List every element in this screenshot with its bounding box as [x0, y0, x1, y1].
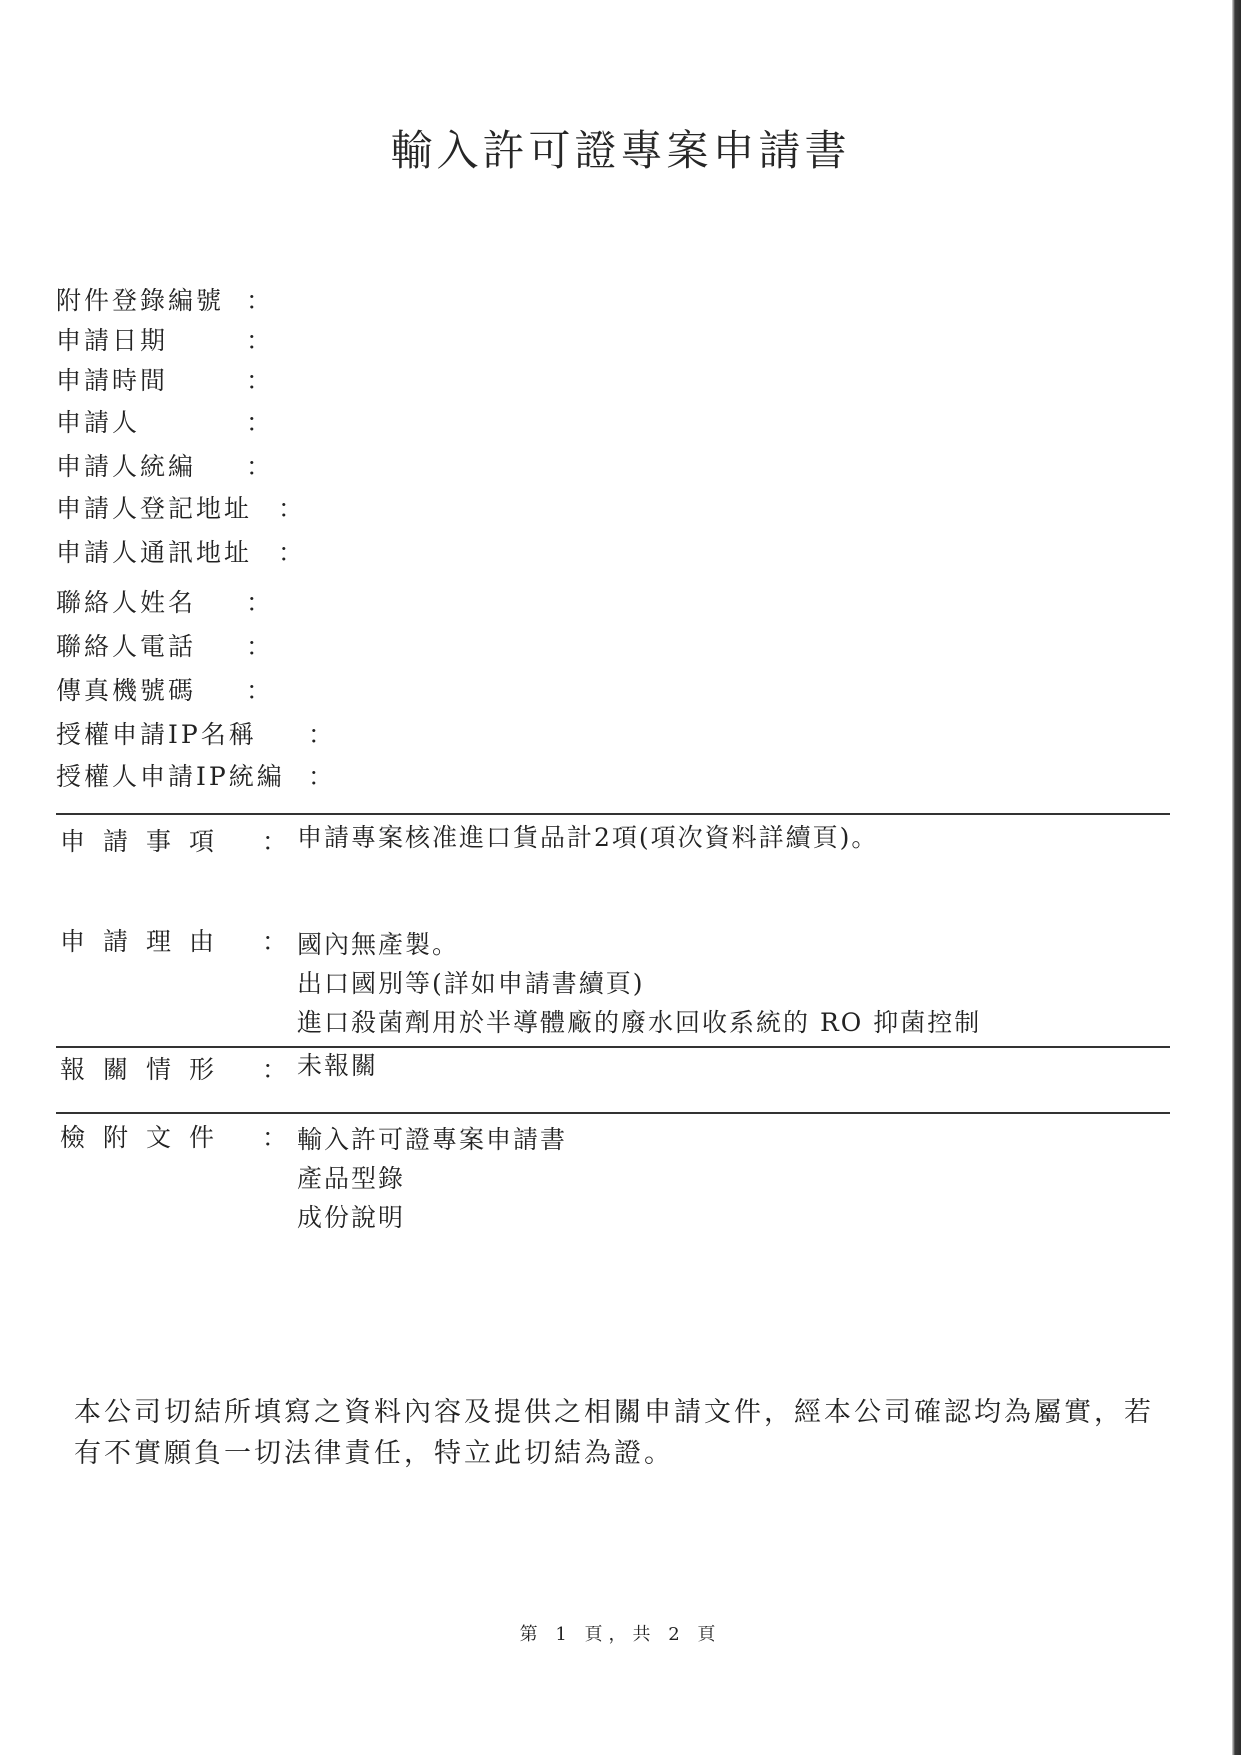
section-content: 申請專案核准進口貨品計2項(項次資料詳續頁)。: [297, 818, 878, 857]
field-mailing-address: 申請人通訊地址 ：: [56, 536, 252, 570]
field-label: 附件登錄編號: [56, 284, 224, 318]
field-application-date: 申請日期 ：: [56, 324, 168, 358]
section-label: 申請理由: [60, 922, 232, 958]
section-label: 報關情形: [60, 1050, 232, 1086]
field-colon: ：: [246, 406, 274, 440]
field-colon: ：: [246, 674, 274, 708]
field-applicant-tax-id: 申請人統編 ：: [56, 450, 196, 484]
field-colon: ：: [246, 284, 274, 318]
content-line: 產品型錄: [297, 1159, 567, 1198]
declaration-text: 本公司切結所填寫之資料內容及提供之相關申請文件，經本公司確認均為屬實，若有不實願…: [74, 1392, 1154, 1474]
section-colon: ：: [262, 1118, 287, 1154]
field-contact-phone: 聯絡人電話 ：: [56, 630, 196, 664]
document-title: 輸入許可證專案申請書: [0, 118, 1241, 178]
field-registered-address: 申請人登記地址 ：: [56, 492, 252, 526]
content-line: 申請專案核准進口貨品計2項(項次資料詳續頁)。: [297, 818, 878, 857]
divider-line: [56, 1112, 1170, 1114]
field-label: 授權人申請IP統編: [56, 760, 285, 794]
field-authorized-ip-tax-id: 授權人申請IP統編 ：: [56, 760, 285, 794]
field-fax-number: 傳真機號碼 ：: [56, 674, 196, 708]
field-label: 申請人通訊地址: [56, 536, 252, 570]
scan-page-edge: [1232, 0, 1241, 1755]
field-label: 申請人登記地址: [56, 492, 252, 526]
section-colon: ：: [262, 822, 287, 858]
field-colon: ：: [278, 492, 306, 526]
field-colon: ：: [246, 324, 274, 358]
field-colon: ：: [246, 450, 274, 484]
content-line: 未報關: [297, 1046, 378, 1085]
section-colon: ：: [262, 922, 287, 958]
field-colon: ：: [246, 586, 274, 620]
section-label: 檢附文件: [60, 1118, 232, 1154]
section-colon: ：: [262, 1050, 287, 1086]
section-content: 未報關: [297, 1046, 378, 1085]
field-label: 聯絡人電話: [56, 630, 196, 664]
content-line: 出口國別等(詳如申請書續頁): [297, 964, 981, 1003]
content-line: 國內無產製。: [297, 925, 981, 964]
field-label: 申請人: [56, 406, 140, 440]
field-application-time: 申請時間 ：: [56, 364, 168, 398]
field-colon: ：: [246, 630, 274, 664]
field-attachment-number: 附件登錄編號 ：: [56, 284, 224, 318]
field-label: 申請人統編: [56, 450, 196, 484]
section-content: 國內無產製。 出口國別等(詳如申請書續頁) 進口殺菌劑用於半導體廠的廢水回收系統…: [297, 925, 981, 1042]
divider-line: [56, 813, 1170, 815]
section-label: 申請事項: [60, 822, 232, 858]
field-colon: ：: [278, 536, 306, 570]
field-label: 申請日期: [56, 324, 168, 358]
page-number: 第 1 頁，共 2 頁: [0, 1620, 1241, 1646]
field-label: 聯絡人姓名: [56, 586, 196, 620]
field-authorized-ip-name: 授權申請IP名稱 ：: [56, 718, 257, 752]
content-line: 進口殺菌劑用於半導體廠的廢水回收系統的 RO 抑菌控制: [297, 1003, 981, 1042]
field-colon: ：: [308, 760, 336, 794]
field-colon: ：: [308, 718, 336, 752]
divider-line: [56, 1046, 1170, 1048]
content-line: 輸入許可證專案申請書: [297, 1120, 567, 1159]
section-content: 輸入許可證專案申請書 產品型錄 成份說明: [297, 1120, 567, 1237]
field-label: 申請時間: [56, 364, 168, 398]
field-applicant: 申請人 ：: [56, 406, 140, 440]
field-label: 傳真機號碼: [56, 674, 196, 708]
field-contact-name: 聯絡人姓名 ：: [56, 586, 196, 620]
content-line: 成份說明: [297, 1198, 567, 1237]
field-label: 授權申請IP名稱: [56, 718, 257, 752]
field-colon: ：: [246, 364, 274, 398]
